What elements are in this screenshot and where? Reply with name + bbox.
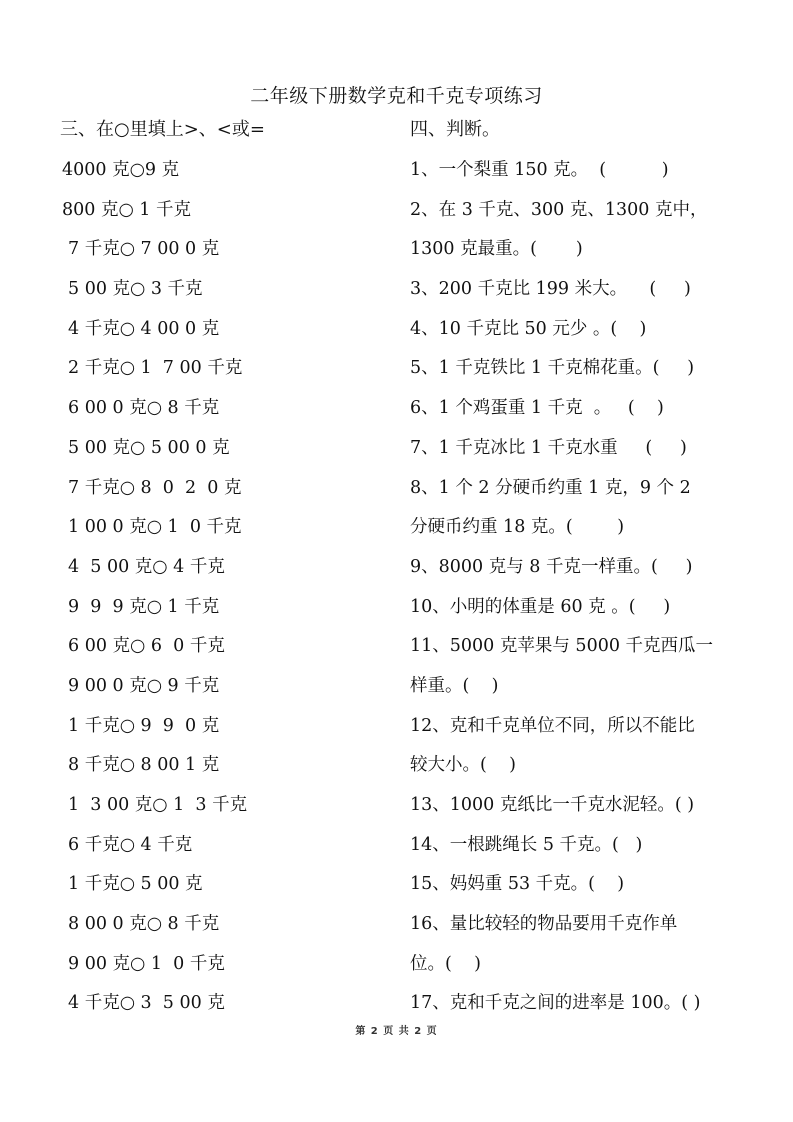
- judge-item: 1、一个梨重 150 克。 ( ): [410, 156, 750, 196]
- compare-item: 1 千克○ 9 9 0 克: [60, 712, 380, 752]
- judge-item: 14、一根跳绳长 5 千克。( ): [410, 831, 750, 871]
- compare-item: 7 千克○ 7 00 0 克: [60, 235, 380, 275]
- judge-item: 4、10 千克比 50 元少 。( ): [410, 315, 750, 355]
- page-title: 二年级下册数学克和千克专项练习: [0, 84, 793, 108]
- judge-item: 2、在 3 千克、300 克、1300 克中，: [410, 196, 750, 236]
- judge-item: 16、量比较轻的物品要用千克作单: [410, 910, 750, 950]
- compare-item: 5 00 克○ 3 千克: [60, 275, 380, 315]
- section-judge: 四、判断。 1、一个梨重 150 克。 ( ) 2、在 3 千克、300 克、1…: [410, 116, 750, 1029]
- judge-item: 13、1000 克纸比一千克水泥轻。( ): [410, 791, 750, 831]
- compare-item: 4 5 00 克○ 4 千克: [60, 553, 380, 593]
- judge-item-continuation: 位。( ): [410, 950, 750, 990]
- compare-item: 7 千克○ 8 0 2 0 克: [60, 474, 380, 514]
- compare-item: 9 00 克○ 1 0 千克: [60, 950, 380, 990]
- compare-item: 4 千克○ 4 00 0 克: [60, 315, 380, 355]
- compare-item: 1 00 0 克○ 1 0 千克: [60, 513, 380, 553]
- judge-item: 11、5000 克苹果与 5000 千克西瓜一: [410, 632, 750, 672]
- compare-item: 6 00 0 克○ 8 千克: [60, 394, 380, 434]
- section-judge-heading: 四、判断。: [410, 116, 750, 156]
- judge-item-continuation: 较大小。( ): [410, 751, 750, 791]
- compare-item: 5 00 克○ 5 00 0 克: [60, 434, 380, 474]
- compare-item: 2 千克○ 1 7 00 千克: [60, 354, 380, 394]
- compare-item: 800 克○ 1 千克: [60, 196, 380, 236]
- compare-item: 1 3 00 克○ 1 3 千克: [60, 791, 380, 831]
- judge-item: 15、妈妈重 53 千克。( ): [410, 870, 750, 910]
- judge-item-continuation: 样重。( ): [410, 672, 750, 712]
- compare-item: 8 00 0 克○ 8 千克: [60, 910, 380, 950]
- compare-item: 9 00 0 克○ 9 千克: [60, 672, 380, 712]
- compare-item: 9 9 9 克○ 1 千克: [60, 593, 380, 633]
- judge-item: 8、1 个 2 分硬币约重 1 克，9 个 2: [410, 474, 750, 514]
- judge-item: 9、8000 克与 8 千克一样重。( ): [410, 553, 750, 593]
- judge-item: 6、1 个鸡蛋重 1 千克 。 ( ): [410, 394, 750, 434]
- judge-item: 3、200 千克比 199 米大。 ( ): [410, 275, 750, 315]
- compare-item: 4000 克○9 克: [60, 156, 380, 196]
- section-compare: 三、在○里填上>、<或= 4000 克○9 克 800 克○ 1 千克 7 千克…: [60, 116, 380, 1029]
- page-number-footer: 第 2 页 共 2 页: [0, 1022, 793, 1037]
- judge-item: 10、小明的体重是 60 克 。( ): [410, 593, 750, 633]
- compare-item: 1 千克○ 5 00 克: [60, 870, 380, 910]
- judge-item-continuation: 1300 克最重。( ): [410, 235, 750, 275]
- section-compare-heading: 三、在○里填上>、<或=: [60, 116, 380, 156]
- judge-item-continuation: 分硬币约重 18 克。( ): [410, 513, 750, 553]
- compare-item: 6 00 克○ 6 0 千克: [60, 632, 380, 672]
- judge-item: 7、1 千克冰比 1 千克水重 ( ): [410, 434, 750, 474]
- compare-item: 6 千克○ 4 千克: [60, 831, 380, 871]
- judge-item: 12、克和千克单位不同，所以不能比: [410, 712, 750, 752]
- compare-item: 8 千克○ 8 00 1 克: [60, 751, 380, 791]
- judge-item: 5、1 千克铁比 1 千克棉花重。( ): [410, 354, 750, 394]
